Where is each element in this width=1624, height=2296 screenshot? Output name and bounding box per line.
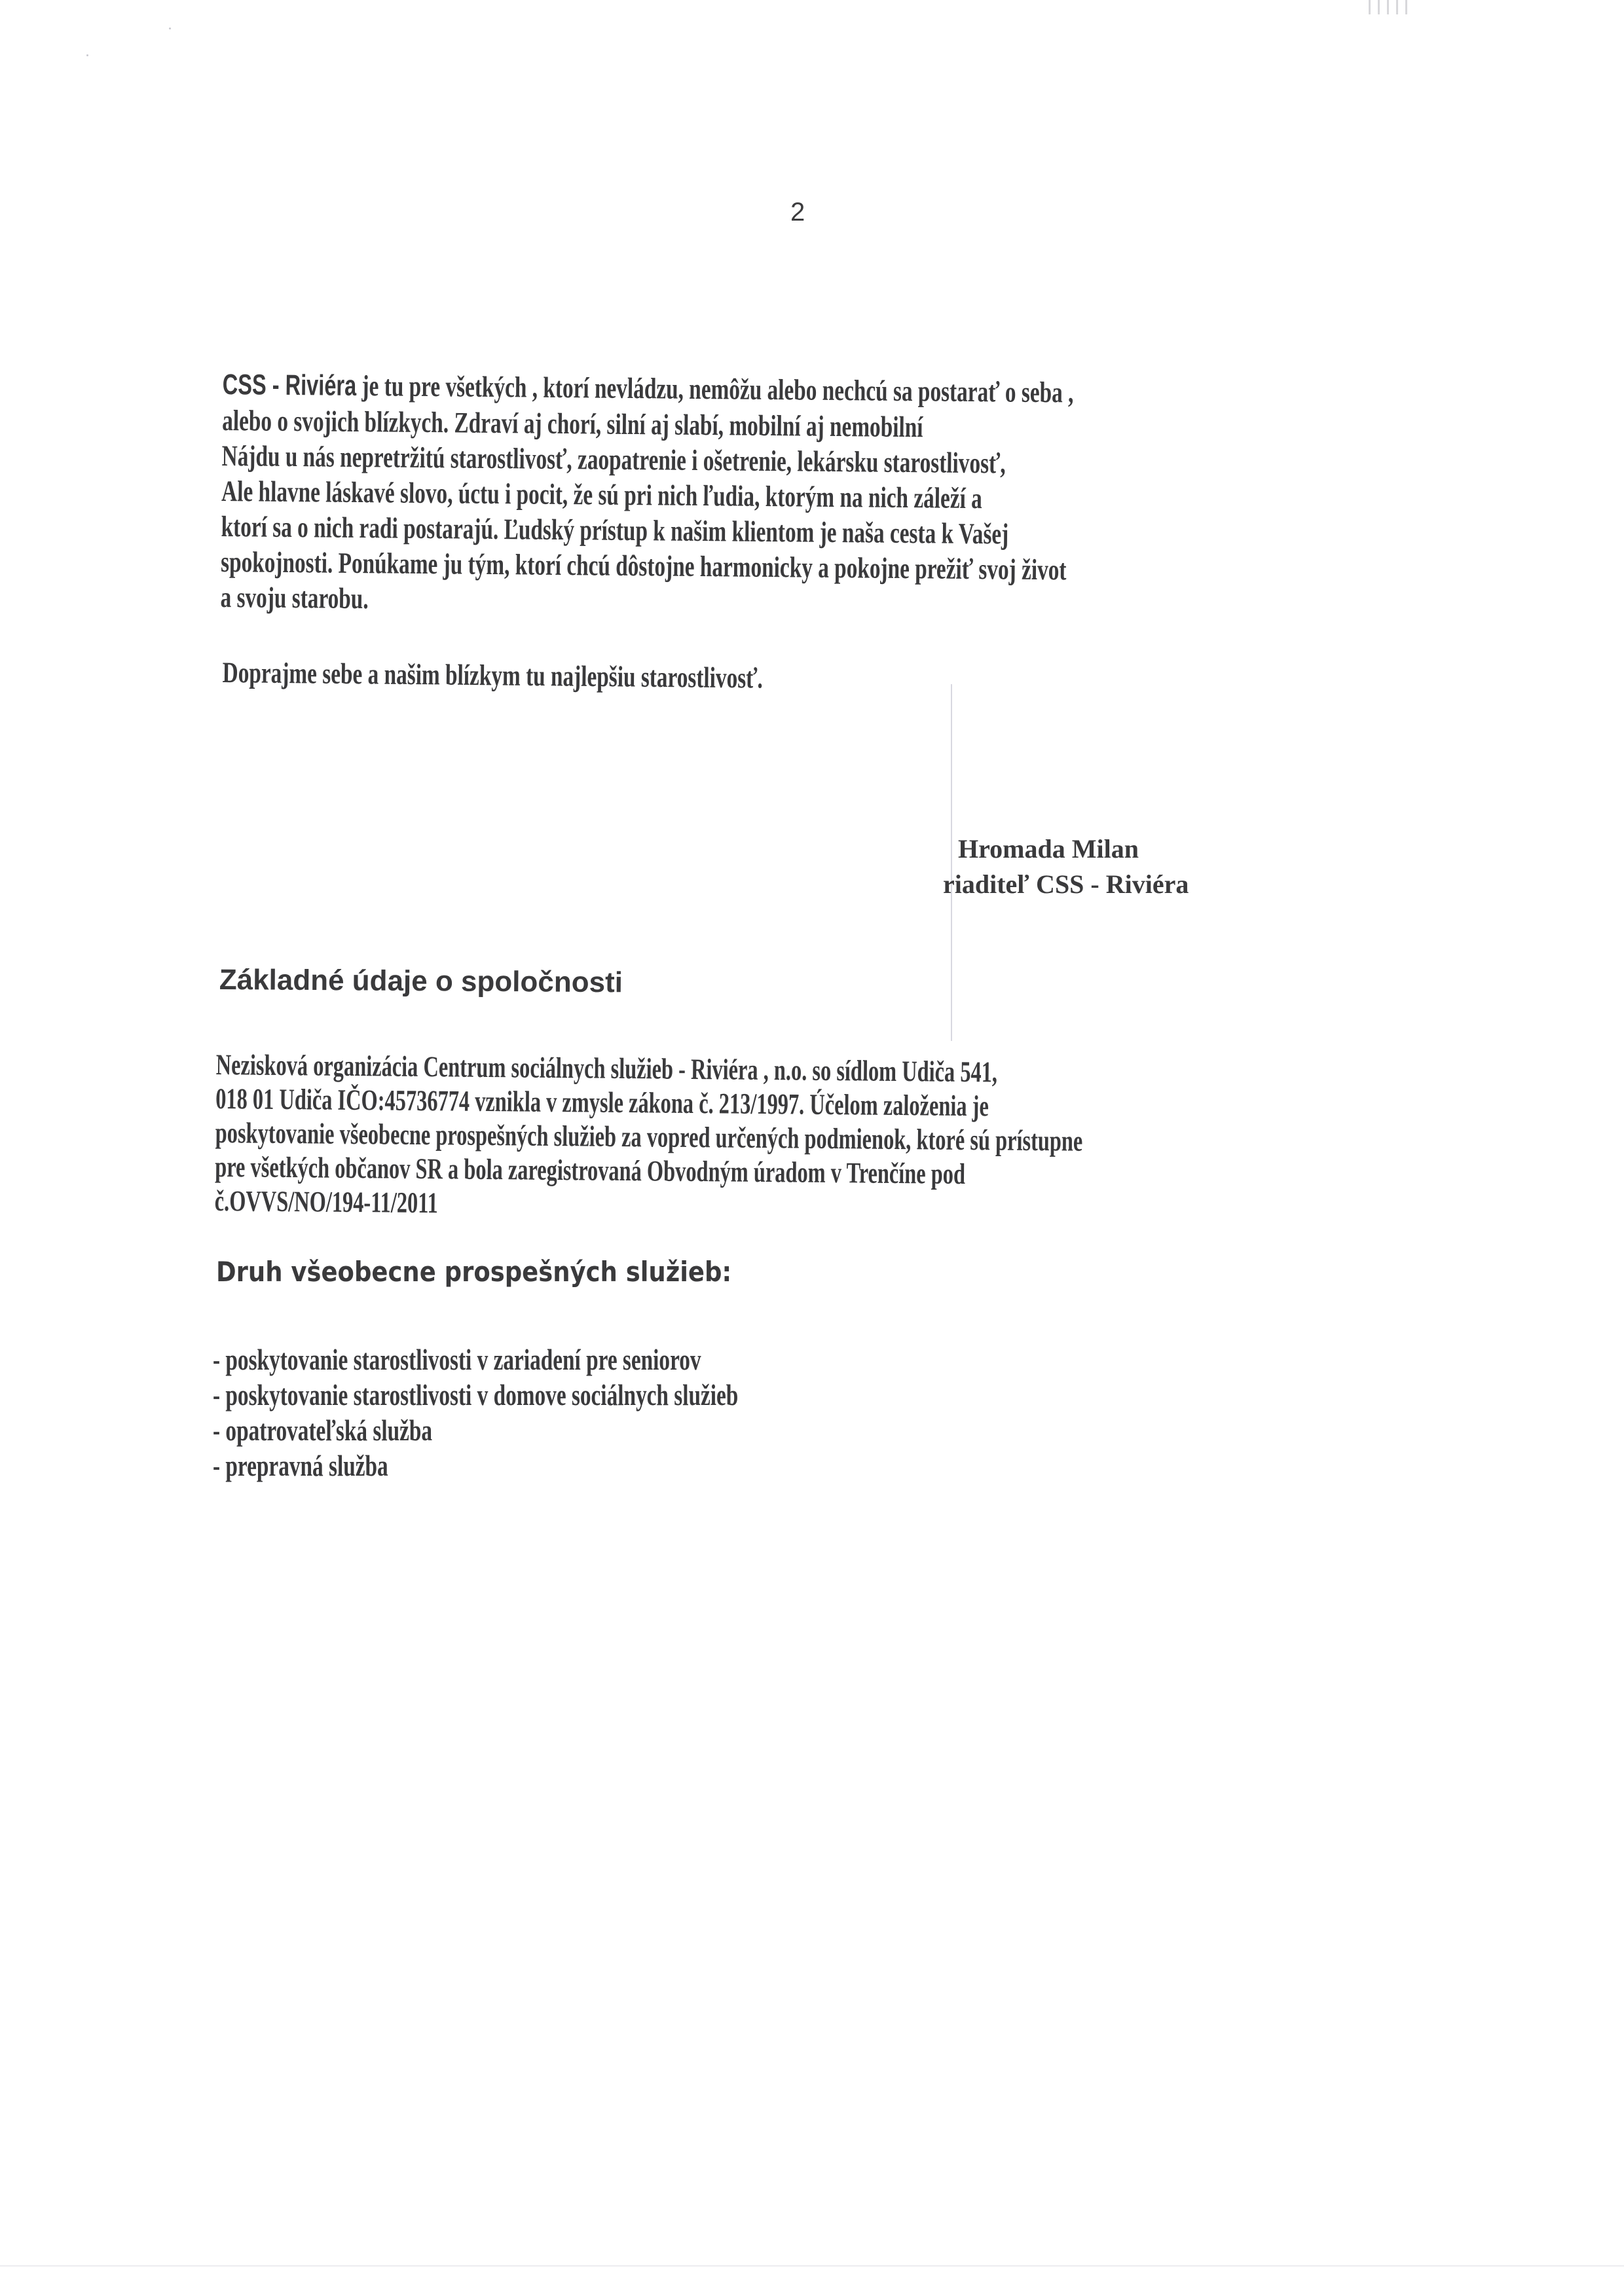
closing-sentence: Doprajme sebe a našim blízkym tu najlepš… [222,655,763,696]
signatory-role: riaditeľ CSS - Riviéra [943,867,1189,902]
scan-edge [0,2265,1624,2267]
scan-artifact [169,27,171,29]
intro-paragraph: CSS - Riviéra je tu pre všetkých , ktorí… [220,367,1454,627]
signature-block: Hromada Milan riaditeľ CSS - Riviéra [943,831,1189,902]
services-list: - poskytovanie starostlivosti v zariaden… [213,1342,923,1484]
scan-artifact [86,54,88,56]
scan-artifact [1369,0,1408,14]
page-number: 2 [790,198,805,227]
company-info-paragraph: Nezisková organizácia Centrum sociálnych… [215,1048,1493,1230]
company-section-title: Základné údaje o spoločnosti [219,964,623,999]
service-item: - poskytovanie starostlivosti v zariaden… [213,1342,738,1377]
service-item: - poskytovanie starostlivosti v domove s… [213,1377,738,1413]
services-section-title: Druh všeobecne prospešných služieb: [216,1256,731,1288]
brand-name: CSS - Riviéra [222,367,356,404]
signatory-name: Hromada Milan [943,831,1189,867]
service-item: - opatrovateľská služba [213,1413,738,1448]
service-item: - prepravná služba [213,1448,738,1484]
